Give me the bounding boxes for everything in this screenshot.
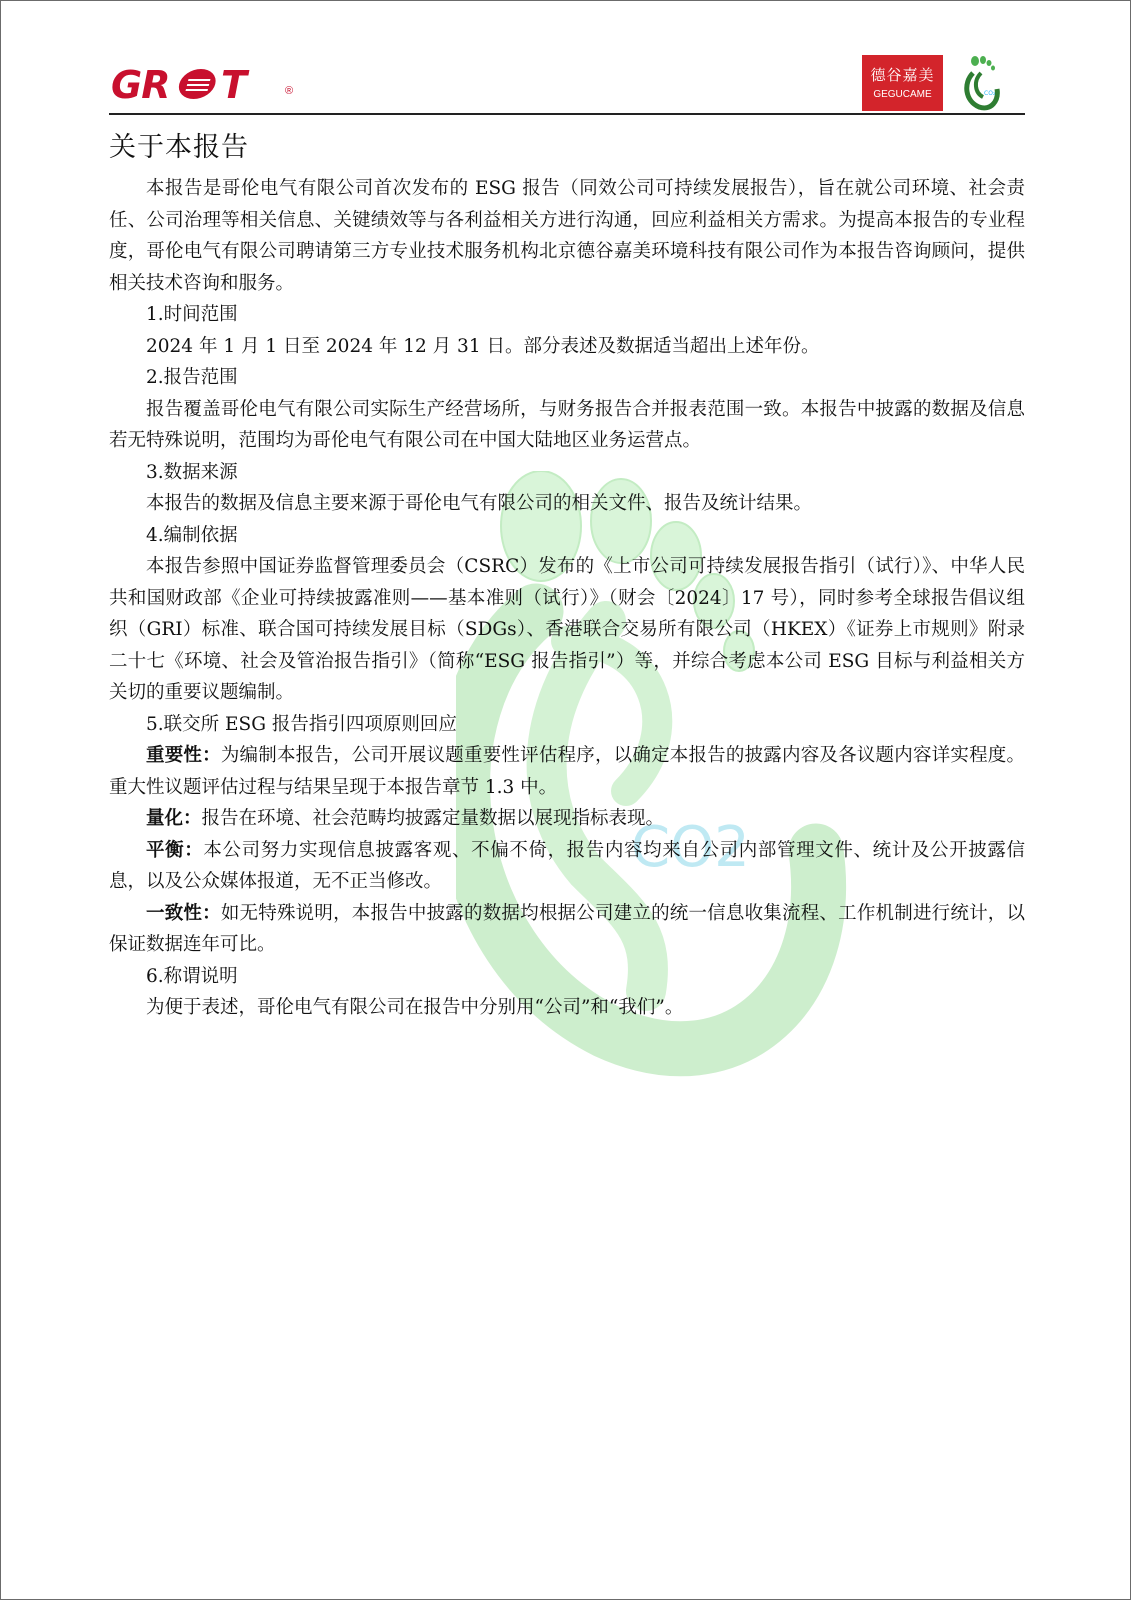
document-page: GR T ® 德谷嘉美 GEGUCAME CO₂ <box>0 0 1131 1600</box>
gegucame-logo: 德谷嘉美 GEGUCAME <box>862 55 943 111</box>
section-heading-data-source: 3.数据来源 <box>109 457 1025 489</box>
principle-balance: 平衡：本公司努力实现信息披露客观、不偏不倚，报告内容均来自公司内部管理文件、统计… <box>109 835 1025 898</box>
carbon-footprint-icon: CO₂ <box>961 53 1003 111</box>
section-heading-report-scope: 2.报告范围 <box>109 362 1025 394</box>
svg-text:CO₂: CO₂ <box>984 90 996 97</box>
section-body-terminology: 为便于表述，哥伦电气有限公司在报告中分别用“公司”和“我们”。 <box>109 992 1025 1024</box>
section-heading-terminology: 6.称谓说明 <box>109 961 1025 993</box>
header-divider <box>109 113 1025 115</box>
page-header: GR T ® 德谷嘉美 GEGUCAME CO₂ <box>109 51 1025 113</box>
section-heading-basis: 4.编制依据 <box>109 520 1025 552</box>
principle-body: 本公司努力实现信息披露客观、不偏不倚，报告内容均来自公司内部管理文件、统计及公开… <box>109 840 1025 893</box>
registered-mark: ® <box>285 85 293 97</box>
principle-materiality: 重要性：为编制本报告，公司开展议题重要性评估程序，以确定本报告的披露内容及各议题… <box>109 740 1025 803</box>
principle-label: 平衡： <box>146 840 203 861</box>
page-title: 关于本报告 <box>109 125 249 164</box>
principle-label: 重要性： <box>146 745 221 766</box>
svg-text:T: T <box>221 65 250 105</box>
gegucame-logo-en: GEGUCAME <box>862 89 943 100</box>
principle-consistency: 一致性：如无特殊说明，本报告中披露的数据均根据公司建立的统一信息收集流程、工作机… <box>109 898 1025 961</box>
principle-quantitative: 量化：报告在环境、社会范畴均披露定量数据以展现指标表现。 <box>109 803 1025 835</box>
svg-text:GR: GR <box>111 65 169 105</box>
grot-logo: GR T <box>109 65 299 105</box>
principle-body: 报告在环境、社会范畴均披露定量数据以展现指标表现。 <box>202 808 665 829</box>
section-body-report-scope: 报告覆盖哥伦电气有限公司实际生产经营场所，与财务报告合并报表范围一致。本报告中披… <box>109 394 1025 457</box>
section-body-basis: 本报告参照中国证券监督管理委员会（CSRC）发布的《上市公司可持续发展报告指引（… <box>109 551 1025 709</box>
principle-body: 为编制本报告，公司开展议题重要性评估程序，以确定本报告的披露内容及各议题内容详实… <box>109 745 1025 798</box>
gegucame-logo-cn: 德谷嘉美 <box>862 64 943 85</box>
principle-body: 如无特殊说明，本报告中披露的数据均根据公司建立的统一信息收集流程、工作机制进行统… <box>109 903 1025 956</box>
section-body-data-source: 本报告的数据及信息主要来源于哥伦电气有限公司的相关文件、报告及统计结果。 <box>109 488 1025 520</box>
section-body-time-range: 2024 年 1 月 1 日至 2024 年 12 月 31 日。部分表述及数据… <box>109 331 1025 363</box>
section-heading-time-range: 1.时间范围 <box>109 299 1025 331</box>
section-heading-principles: 5.联交所 ESG 报告指引四项原则回应 <box>109 709 1025 741</box>
principle-label: 一致性： <box>146 903 221 924</box>
principle-label: 量化： <box>146 808 202 829</box>
report-body: 本报告是哥伦电气有限公司首次发布的 ESG 报告（同效公司可持续发展报告），旨在… <box>109 173 1025 1024</box>
intro-paragraph: 本报告是哥伦电气有限公司首次发布的 ESG 报告（同效公司可持续发展报告），旨在… <box>109 173 1025 299</box>
